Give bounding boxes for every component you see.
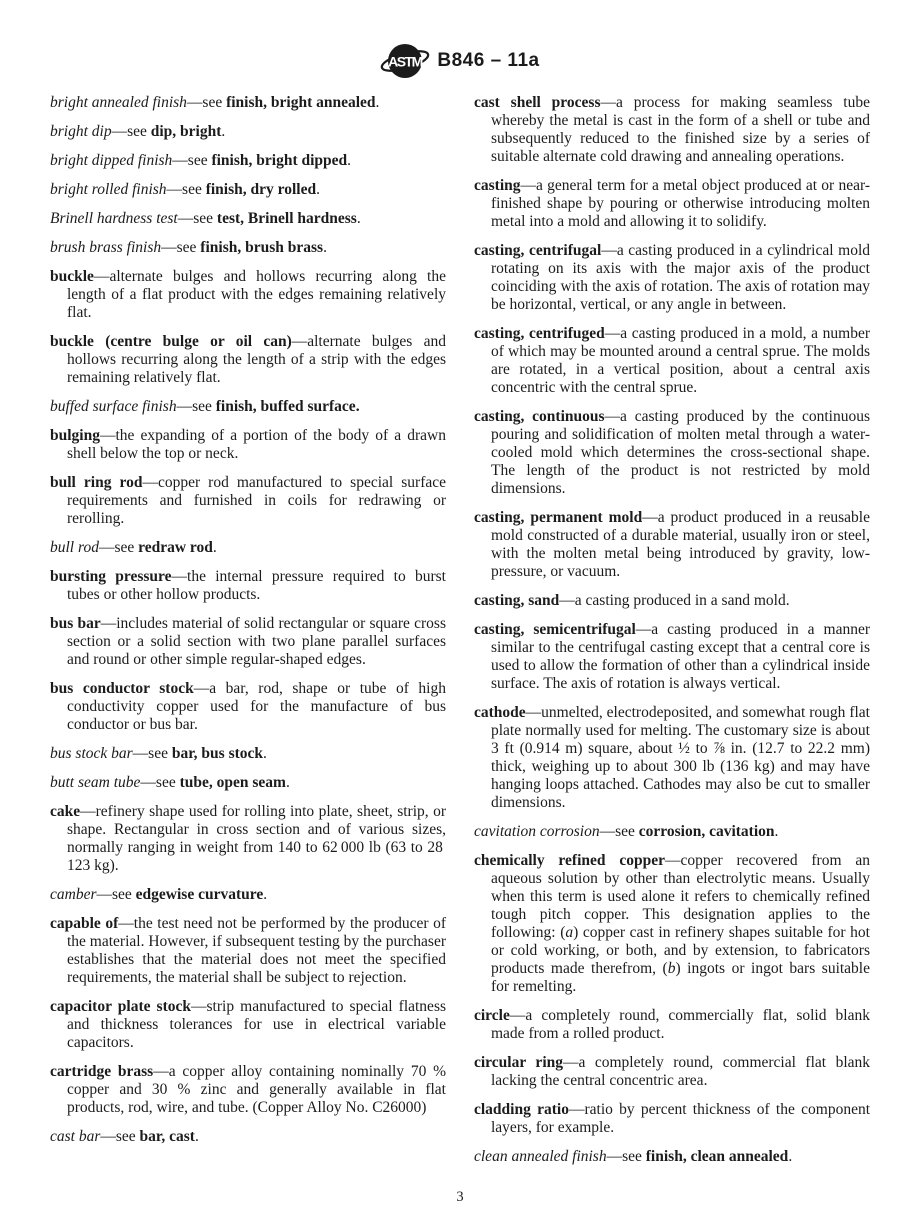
definition-entry: casting, semicentrifugal—a casting produ…	[474, 621, 870, 693]
page-footer: 3	[0, 1189, 920, 1206]
document-page: ASTM B846 – 11a bright annealed finish—s…	[0, 0, 920, 1232]
definition-entry: clean annealed finish—see finish, clean …	[474, 1148, 870, 1166]
astm-logo-icon: ASTM	[380, 39, 430, 83]
definition-entry: chemically refined copper—copper recover…	[474, 852, 870, 996]
glossary-column-left: bright annealed finish—see finish, brigh…	[50, 94, 446, 1177]
definition-entry: buckle—alternate bulges and hollows recu…	[50, 268, 446, 322]
definition-entry: cast shell process—a process for making …	[474, 94, 870, 166]
definition-entry: bright dip—see dip, bright.	[50, 123, 446, 141]
definition-entry: casting, sand—a casting produced in a sa…	[474, 592, 870, 610]
definition-entry: capacitor plate stock—strip manufactured…	[50, 998, 446, 1052]
glossary-column-right: cast shell process—a process for making …	[474, 94, 870, 1177]
svg-text:ASTM: ASTM	[389, 54, 424, 70]
definition-entry: casting—a general term for a metal objec…	[474, 177, 870, 231]
definition-entry: casting, permanent mold—a product produc…	[474, 509, 870, 581]
definition-entry: circle—a completely round, commercially …	[474, 1007, 870, 1043]
definition-entry: brush brass finish—see finish, brush bra…	[50, 239, 446, 257]
definition-entry: bright dipped finish—see finish, bright …	[50, 152, 446, 170]
definition-entry: cartridge brass—a copper alloy containin…	[50, 1063, 446, 1117]
definition-entry: camber—see edgewise curvature.	[50, 886, 446, 904]
definition-entry: cake—refinery shape used for rolling int…	[50, 803, 446, 875]
definition-entry: cathode—unmelted, electrodeposited, and …	[474, 704, 870, 812]
definition-entry: buckle (centre bulge or oil can)—alterna…	[50, 333, 446, 387]
definition-entry: bright rolled finish—see finish, dry rol…	[50, 181, 446, 199]
definition-entry: cavitation corrosion—see corrosion, cavi…	[474, 823, 870, 841]
definition-entry: bull rod—see redraw rod.	[50, 539, 446, 557]
definition-entry: bus bar—includes material of solid recta…	[50, 615, 446, 669]
definition-entry: bus conductor stock—a bar, rod, shape or…	[50, 680, 446, 734]
glossary-content: bright annealed finish—see finish, brigh…	[0, 86, 920, 1177]
definition-entry: bursting pressure—the internal pressure …	[50, 568, 446, 604]
definition-entry: casting, centrifugal—a casting produced …	[474, 242, 870, 314]
page-number: 3	[456, 1189, 463, 1205]
definition-entry: capable of—the test need not be performe…	[50, 915, 446, 987]
definition-entry: butt seam tube—see tube, open seam.	[50, 774, 446, 792]
definition-entry: circular ring—a completely round, commer…	[474, 1054, 870, 1090]
definition-entry: casting, centrifuged—a casting produced …	[474, 325, 870, 397]
page-header: ASTM B846 – 11a	[0, 0, 920, 86]
definition-entry: buffed surface finish—see finish, buffed…	[50, 398, 446, 416]
definition-entry: cladding ratio—ratio by percent thicknes…	[474, 1101, 870, 1137]
definition-entry: bull ring rod—copper rod manufactured to…	[50, 474, 446, 528]
definition-entry: bright annealed finish—see finish, brigh…	[50, 94, 446, 112]
definition-entry: bulging—the expanding of a portion of th…	[50, 427, 446, 463]
standard-designation: B846 – 11a	[437, 50, 539, 72]
definition-entry: Brinell hardness test—see test, Brinell …	[50, 210, 446, 228]
definition-entry: cast bar—see bar, cast.	[50, 1128, 446, 1146]
definition-entry: casting, continuous—a casting produced b…	[474, 408, 870, 498]
definition-entry: bus stock bar—see bar, bus stock.	[50, 745, 446, 763]
